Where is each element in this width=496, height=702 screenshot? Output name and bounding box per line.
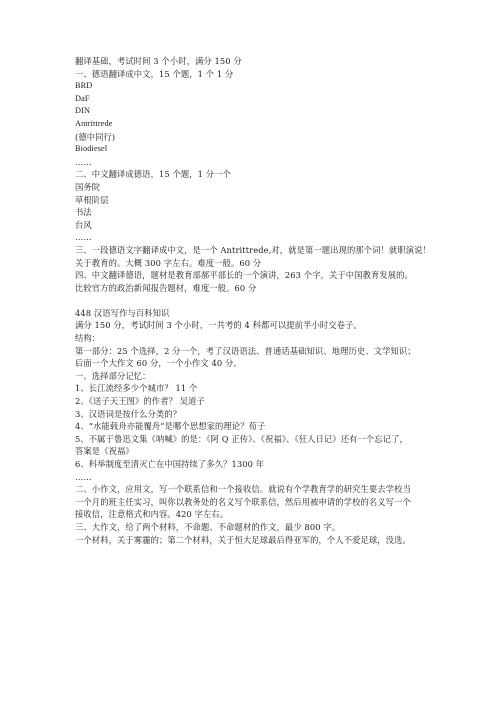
list-item: (德中同行)	[75, 131, 425, 144]
structure-text: 第一部分：25 个选择，2 分一个，考了汉语语法、普通话基础知识、地理历史、文学…	[75, 345, 425, 358]
choice-item: 4、“水能载舟亦能覆舟”是哪个思想家的理论？荀子	[75, 420, 425, 433]
part4-text: 四、中文翻译德语，题材是教育部郝平部长的一个演讲，263 个字，关于中国教育发展…	[75, 269, 425, 282]
section2-intro: 满分 150 分，考试时间 3 个小时，一共考的 4 科都可以提前半小时交卷子。	[75, 319, 425, 332]
intro-text: 翻译基础，考试时间 3 个小时，满分 150 分	[75, 55, 425, 68]
choice-item: 答案是《祝福》	[75, 445, 425, 458]
big-essay-text: 一个材料，关于雾霾的；第二个材料，关于恒大足球最后得亚军的，个人不爱足球，没选。	[75, 534, 425, 547]
document-body: 翻译基础，考试时间 3 个小时，满分 150 分 一、德语翻译成中文，15 个题…	[75, 55, 425, 546]
choice-item: ……	[75, 471, 425, 484]
list-item: ……	[75, 156, 425, 169]
part3-text: 三、一段德语文字翻译成中文，是一个 Antrittrede,对，就是第一题出现的…	[75, 244, 425, 257]
list-item: BRD	[75, 80, 425, 93]
choice-item: 3、汉语词是按什么分类的？	[75, 408, 425, 421]
small-essay-text: 二、小作文，应用文，写一个联系信和一个接收信。就说有个学教育学的研究生要去学校当	[75, 483, 425, 496]
choice-title: 一、选择部分记忆：	[75, 370, 425, 383]
paragraph-gap	[75, 294, 425, 307]
list-item: 台风	[75, 219, 425, 232]
list-item: 书法	[75, 206, 425, 219]
part1-title: 一、德语翻译成中文，15 个题，1 个 1 分	[75, 68, 425, 81]
list-item: ……	[75, 231, 425, 244]
document-page: 翻译基础，考试时间 3 个小时，满分 150 分 一、德语翻译成中文，15 个题…	[0, 0, 496, 702]
part4-text: 比较官方的政治新闻报告题材，难度一般。60 分	[75, 282, 425, 295]
structure-text: 后面一个大作文 60 分，一个小作文 40 分。	[75, 357, 425, 370]
big-essay-text: 三、大作文，给了两个材料，不命题、不命题材的作文，最少 800 字。	[75, 521, 425, 534]
list-item: DaF	[75, 93, 425, 106]
part3-text: 关于教育的。大概 300 字左右。难度一般。60 分	[75, 257, 425, 270]
choice-item: 2、《送子天王图》的作者？ 吴道子	[75, 395, 425, 408]
list-item: 草根阶层	[75, 194, 425, 207]
choice-item: 1、长江流经多少个城市？ 11 个	[75, 382, 425, 395]
list-item: DIN	[75, 105, 425, 118]
list-item: Biodiesel	[75, 143, 425, 156]
small-essay-text: 接收信，注意格式和内容。420 字左右。	[75, 508, 425, 521]
choice-item: 5、不属于鲁迅文集《呐喊》的是：《阿 Q 正传》、《祝福》、《狂人日记》还有一个…	[75, 433, 425, 446]
structure-label: 结构：	[75, 332, 425, 345]
small-essay-text: 一个月的班主任实习，叫你以教务处的名义写个联系信，然后用被申请的学校的名义写一个	[75, 496, 425, 509]
list-item: Antrittrede	[75, 118, 425, 131]
list-item: 国务院	[75, 181, 425, 194]
choice-item: 6、科举制度至清灭亡在中国持续了多久？1300 年	[75, 458, 425, 471]
section-title: 448 汉语写作与百科知识	[75, 307, 425, 320]
part2-title: 二、中文翻译成德语，15 个题，1 分一个	[75, 168, 425, 181]
